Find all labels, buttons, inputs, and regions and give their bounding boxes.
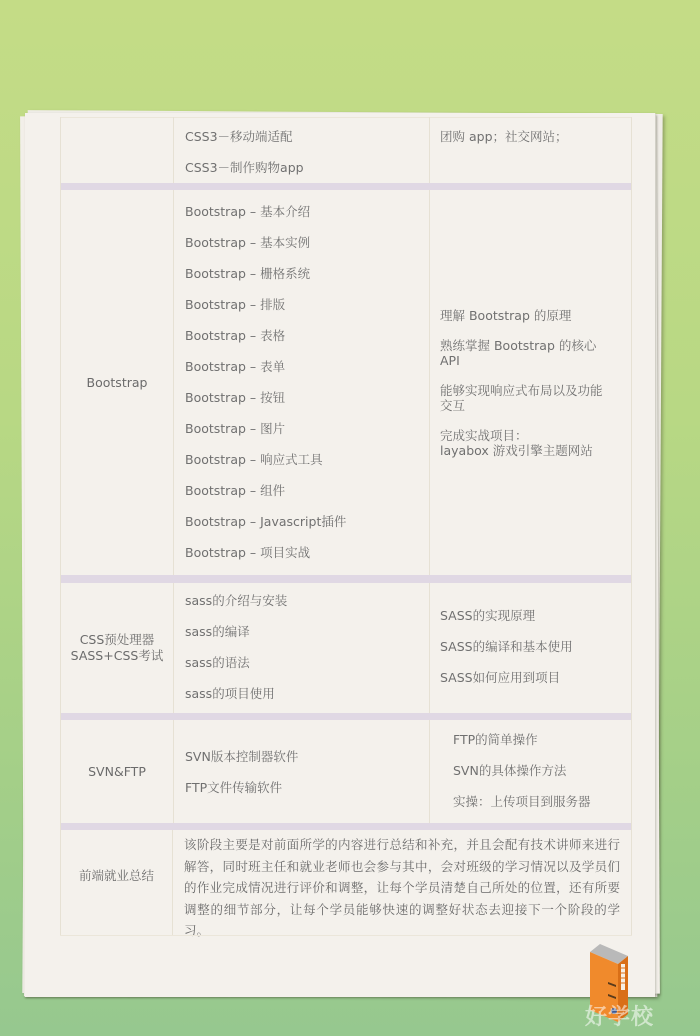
module-label: Bootstrap bbox=[87, 375, 148, 391]
table-row: 前端就业总结 该阶段主要是对前面所学的内容进行总结和补充，并且会配有技术讲师来进… bbox=[61, 830, 631, 935]
curriculum-table: CSS3－移动端适配 CSS3－制作购物app 团购 app；社交网站； Boo… bbox=[60, 117, 632, 935]
topic-item: Bootstrap – 按钮 bbox=[185, 382, 429, 413]
table-row: CSS预处理器 SASS+CSS考试 sass的介绍与安装 sass的编译 sa… bbox=[61, 583, 631, 713]
summary-text: 该阶段主要是对前面所学的内容进行总结和补充，并且会配有技术讲师来进行解答，同时班… bbox=[173, 830, 630, 942]
row-separator bbox=[61, 183, 631, 190]
outcome-item: 实操：上传项目到服务器 bbox=[453, 786, 631, 817]
row-separator bbox=[61, 575, 631, 583]
outcome-item: SASS如何应用到项目 bbox=[440, 662, 631, 693]
module-cell: Bootstrap bbox=[61, 190, 174, 575]
topic-item: Bootstrap – 图片 bbox=[185, 413, 429, 444]
row-separator bbox=[61, 823, 631, 830]
outcome-item: SVN的具体操作方法 bbox=[453, 755, 631, 786]
topic-item: sass的项目使用 bbox=[185, 678, 429, 709]
topic-item: FTP文件传输软件 bbox=[185, 772, 429, 803]
topics-cell: sass的介绍与安装 sass的编译 sass的语法 sass的项目使用 bbox=[174, 583, 430, 713]
module-cell: 前端就业总结 bbox=[61, 830, 173, 935]
topic-item: sass的语法 bbox=[185, 647, 429, 678]
row-separator bbox=[61, 713, 631, 720]
table-row: CSS3－移动端适配 CSS3－制作购物app 团购 app；社交网站； bbox=[61, 117, 631, 183]
table-row: Bootstrap Bootstrap – 基本介绍 Bootstrap – 基… bbox=[61, 190, 631, 575]
topic-item: Bootstrap – 组件 bbox=[185, 475, 429, 506]
table-row: SVN&FTP SVN版本控制器软件 FTP文件传输软件 FTP的简单操作 SV… bbox=[61, 720, 631, 823]
outcome-item: 团购 app；社交网站； bbox=[440, 121, 631, 152]
topic-item: Bootstrap – 基本实例 bbox=[185, 227, 429, 258]
topic-item: Bootstrap – Javascript插件 bbox=[185, 506, 429, 537]
outcome-item: 理解 Bootstrap 的原理 bbox=[440, 308, 613, 323]
outcomes-cell: SASS的实现原理 SASS的编译和基本使用 SASS如何应用到项目 bbox=[430, 583, 631, 713]
watermark-logo: 好学校 bbox=[585, 1000, 654, 1031]
topic-item: Bootstrap – 表格 bbox=[185, 320, 429, 351]
topics-cell: Bootstrap – 基本介绍 Bootstrap – 基本实例 Bootst… bbox=[174, 190, 430, 575]
topics-cell: SVN版本控制器软件 FTP文件传输软件 bbox=[174, 720, 430, 823]
outcome-item: 完成实战项目： layabox 游戏引擎主题网站 bbox=[440, 428, 613, 458]
topic-item: Bootstrap – 排版 bbox=[185, 289, 429, 320]
topic-item: Bootstrap – 项目实战 bbox=[185, 537, 429, 568]
summary-cell: 该阶段主要是对前面所学的内容进行总结和补充，并且会配有技术讲师来进行解答，同时班… bbox=[173, 830, 630, 935]
topic-item: SVN版本控制器软件 bbox=[185, 741, 429, 772]
topic-item: sass的介绍与安装 bbox=[185, 585, 429, 616]
outcomes-cell: 团购 app；社交网站； bbox=[430, 117, 631, 183]
topic-item: Bootstrap – 栅格系统 bbox=[185, 258, 429, 289]
module-label: CSS预处理器 SASS+CSS考试 bbox=[71, 632, 164, 664]
outcome-item: FTP的简单操作 bbox=[453, 724, 631, 755]
topic-item: CSS3－制作购物app bbox=[185, 152, 429, 183]
outcome-item: 熟练掌握 Bootstrap 的核心 API bbox=[440, 338, 613, 368]
outcome-item: SASS的实现原理 bbox=[440, 600, 631, 631]
module-cell bbox=[61, 117, 174, 183]
outcomes-cell: 理解 Bootstrap 的原理 熟练掌握 Bootstrap 的核心 API … bbox=[430, 190, 631, 575]
topic-item: sass的编译 bbox=[185, 616, 429, 647]
outcomes-cell: FTP的简单操作 SVN的具体操作方法 实操：上传项目到服务器 bbox=[430, 720, 631, 823]
topic-item: Bootstrap – 基本介绍 bbox=[185, 196, 429, 227]
topics-cell: CSS3－移动端适配 CSS3－制作购物app bbox=[174, 117, 430, 183]
topic-item: CSS3－移动端适配 bbox=[185, 121, 429, 152]
table-bottom-border bbox=[60, 935, 632, 936]
topic-item: Bootstrap – 表单 bbox=[185, 351, 429, 382]
outcome-item: 能够实现响应式布局以及功能交互 bbox=[440, 383, 613, 413]
outcome-item: SASS的编译和基本使用 bbox=[440, 631, 631, 662]
module-label: SVN&FTP bbox=[88, 764, 146, 780]
topic-item: Bootstrap – 响应式工具 bbox=[185, 444, 429, 475]
module-cell: SVN&FTP bbox=[61, 720, 174, 823]
module-cell: CSS预处理器 SASS+CSS考试 bbox=[61, 583, 174, 713]
module-label: 前端就业总结 bbox=[79, 868, 154, 884]
